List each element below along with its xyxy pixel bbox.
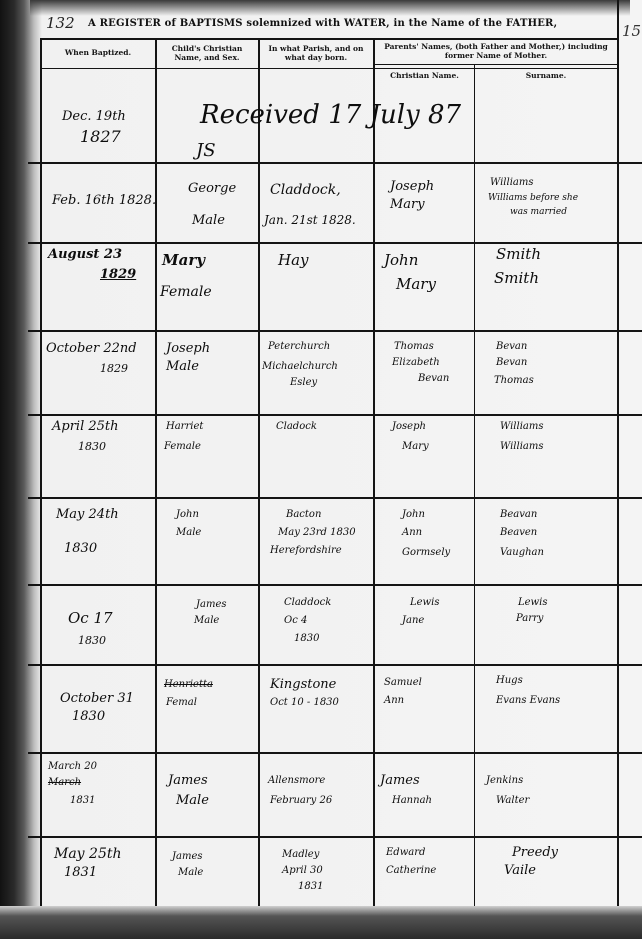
entry-surname-2: Williams — [500, 440, 543, 453]
entry-born-line-3: Esley — [290, 376, 317, 389]
entry-child-sex: Femal — [166, 696, 197, 709]
entry-surname-2: Parry — [516, 612, 543, 625]
entry-surname-2: Bevan — [496, 356, 527, 369]
entry-when: Feb. 16th 1828. — [52, 192, 156, 209]
entry-surname-2: Evans Evans — [496, 694, 560, 707]
entry-child-name: Harriet — [166, 420, 203, 433]
col-rule-2 — [258, 38, 260, 910]
entry-when-line-1: May 25th — [54, 846, 122, 863]
entry-mother-name: Catherine — [386, 864, 436, 877]
entry-when-line-2: 1827 — [80, 128, 121, 145]
entry-child-name: Joseph — [166, 340, 210, 357]
entry-born-line-2: Michaelchurch — [262, 360, 338, 373]
entry-born-date: Oct 10 - 1830 — [270, 696, 339, 709]
entry-father-name: Samuel — [384, 676, 422, 689]
header-surname: Surname. — [476, 71, 616, 80]
entry-surname-1: Beavan — [500, 508, 537, 521]
entry-born-date: April 30 — [282, 864, 323, 877]
header-parents: Parents' Names, (both Father and Mother,… — [376, 42, 616, 60]
header-parish-born: In what Parish, and on what day born. — [261, 44, 371, 62]
entry-when-struck: March — [48, 776, 81, 789]
entry-mother-name: Mary — [396, 276, 436, 293]
entry-born-place: Cladock — [276, 420, 317, 433]
entry-child-name-struck: Henrietta — [164, 678, 213, 691]
col-rule-right — [617, 0, 619, 910]
col-rule-3 — [373, 38, 375, 910]
entry-when-line-2: 1830 — [78, 632, 106, 649]
entry-surname-3: Thomas — [494, 374, 534, 387]
entry-surname-1: Williams — [500, 420, 543, 433]
entry-surname-1: Hugs — [496, 674, 523, 687]
entry-born-place: Allensmore — [268, 774, 325, 787]
entry-father-name: Thomas — [394, 340, 434, 353]
entry-child-sex: Female — [160, 284, 212, 301]
entry-born-county: Herefordshire — [270, 544, 342, 557]
entry-child-name: James — [196, 598, 227, 611]
entry-born-place: Claddock — [284, 596, 331, 609]
row-rule-8 — [28, 752, 642, 754]
entry-surname-2: Vaile — [504, 862, 536, 879]
col-rule-1 — [155, 38, 157, 910]
entry-mother-name: Mary — [390, 196, 425, 213]
entry-born-place: Kingstone — [270, 676, 336, 693]
entry-when-line-2: 1830 — [64, 540, 97, 557]
entry-mother-name: Hannah — [392, 794, 432, 807]
entry-child-name: Mary — [162, 252, 205, 269]
row-rule-7 — [28, 664, 642, 666]
entry-when-line-1: April 25th — [52, 418, 119, 435]
entry-father-name: John — [384, 252, 418, 269]
entry-when-line-1: Oc 17 — [68, 610, 113, 627]
entry-mother-name: Mary — [402, 440, 429, 453]
col-rule-4 — [474, 64, 475, 910]
entry-born-year: 1830 — [294, 632, 319, 645]
page-top-shadow — [30, 0, 630, 16]
entry-born-line-1: Peterchurch — [268, 340, 330, 353]
entry-born-date: February 26 — [270, 794, 332, 807]
header-bottom-rule — [40, 68, 618, 69]
entry-when-line-2: 1829 — [100, 360, 128, 377]
entry-father-name: John — [402, 508, 425, 521]
entry-child-name: James — [172, 850, 203, 863]
entry-when-line-1: August 23 — [48, 246, 122, 263]
entry-when-line-1: May 24th — [56, 506, 119, 523]
row-rule-9 — [28, 836, 642, 838]
entry-surname-1: Jenkins — [486, 774, 523, 787]
entry-surname-2: Beaven — [500, 526, 537, 539]
entry-when-year: 1831 — [70, 794, 95, 807]
entry-born-place: Claddock, — [270, 182, 341, 199]
entry-born-date: Jan. 21st 1828. — [264, 212, 356, 229]
entry-born-place: Madley — [282, 848, 319, 861]
entry-when-line-1: October 22nd — [46, 340, 137, 357]
entry-child-sex: Male — [194, 614, 219, 627]
entry-when-line-1: October 31 — [60, 690, 134, 707]
page-bottom-shadow — [0, 906, 642, 939]
entry-surname-1: Bevan — [496, 340, 527, 353]
next-page-number: 15 — [622, 22, 641, 40]
entry-surname-3: Vaughan — [500, 546, 544, 559]
entry-surname-3: was married — [510, 206, 567, 219]
entry-born-date: May 23rd 1830 — [278, 526, 356, 539]
row-rule-1 — [28, 162, 642, 164]
entry-surname-2: Williams before she — [488, 192, 578, 205]
entry-when-line-2: 1830 — [78, 438, 106, 455]
row-rule-5 — [28, 497, 642, 499]
header-when-baptized: When Baptized. — [42, 48, 154, 57]
entry-born-date: Oc 4 — [284, 614, 307, 627]
entry-child-sex: Male — [178, 866, 203, 879]
header-christian-name: Christian Name. — [376, 71, 473, 80]
header-top-rule — [40, 38, 618, 40]
page-number: 132 — [46, 14, 75, 32]
registrar-signature: JS — [196, 142, 216, 159]
entry-father-name: Edward — [386, 846, 425, 859]
entry-child-sex: Male — [192, 212, 225, 229]
row-rule-4 — [28, 414, 642, 416]
entry-surname-1: Lewis — [518, 596, 547, 609]
entry-born-place: Bacton — [286, 508, 321, 521]
entry-surname-1: Smith — [496, 246, 541, 263]
entry-child-sex: Female — [164, 440, 201, 453]
entry-child-name: James — [168, 772, 208, 789]
entry-father-name: Joseph — [390, 178, 434, 195]
entry-mother-name: Elizabeth — [392, 356, 440, 369]
entry-born-year: 1831 — [298, 880, 323, 893]
entry-father-name: Joseph — [392, 420, 426, 433]
entry-born-place: Hay — [278, 252, 309, 269]
entry-child-name: John — [176, 508, 199, 521]
entry-child-sex: Male — [166, 358, 199, 375]
entry-surname-1: Preedy — [512, 844, 558, 861]
entry-when-line-1: March 20 — [48, 760, 97, 773]
entry-mother-name: Jane — [402, 614, 424, 627]
row-rule-6 — [28, 584, 642, 586]
parents-subheader-rule — [375, 64, 618, 65]
row-rule-2 — [28, 242, 642, 244]
entry-when-line-2: 1830 — [72, 708, 105, 725]
entry-when-line-2: 1831 — [64, 864, 97, 881]
entry-child-sex: Male — [176, 792, 209, 809]
entry-surname-1: Williams — [490, 176, 533, 189]
entry-mother-former-name: Bevan — [418, 372, 449, 385]
header-child-name-sex: Child's Christian Name, and Sex. — [158, 44, 256, 62]
entry-mother-name: Ann — [384, 694, 404, 707]
row-rule-3 — [28, 330, 642, 332]
entry-father-name: Lewis — [410, 596, 439, 609]
entry-surname-2: Smith — [494, 270, 539, 287]
entry-surname-2: Walter — [496, 794, 529, 807]
col-rule-left — [40, 38, 42, 910]
entry-mother-name: Ann — [402, 526, 422, 539]
register-page: 132 A REGISTER of BAPTISMS solemnized wi… — [0, 0, 642, 939]
entry-when-line-2: 1829 — [100, 266, 136, 283]
entry-child-sex: Male — [176, 526, 201, 539]
entry-mother-former-name: Gormsely — [402, 546, 450, 559]
entry-child-name: George — [188, 180, 236, 197]
received-note: Received 17 July 87 — [200, 100, 461, 130]
register-title: A REGISTER of BAPTISMS solemnized with W… — [88, 18, 557, 29]
entry-father-name: James — [380, 772, 420, 789]
entry-when-line-1: Dec. 19th — [62, 108, 126, 125]
